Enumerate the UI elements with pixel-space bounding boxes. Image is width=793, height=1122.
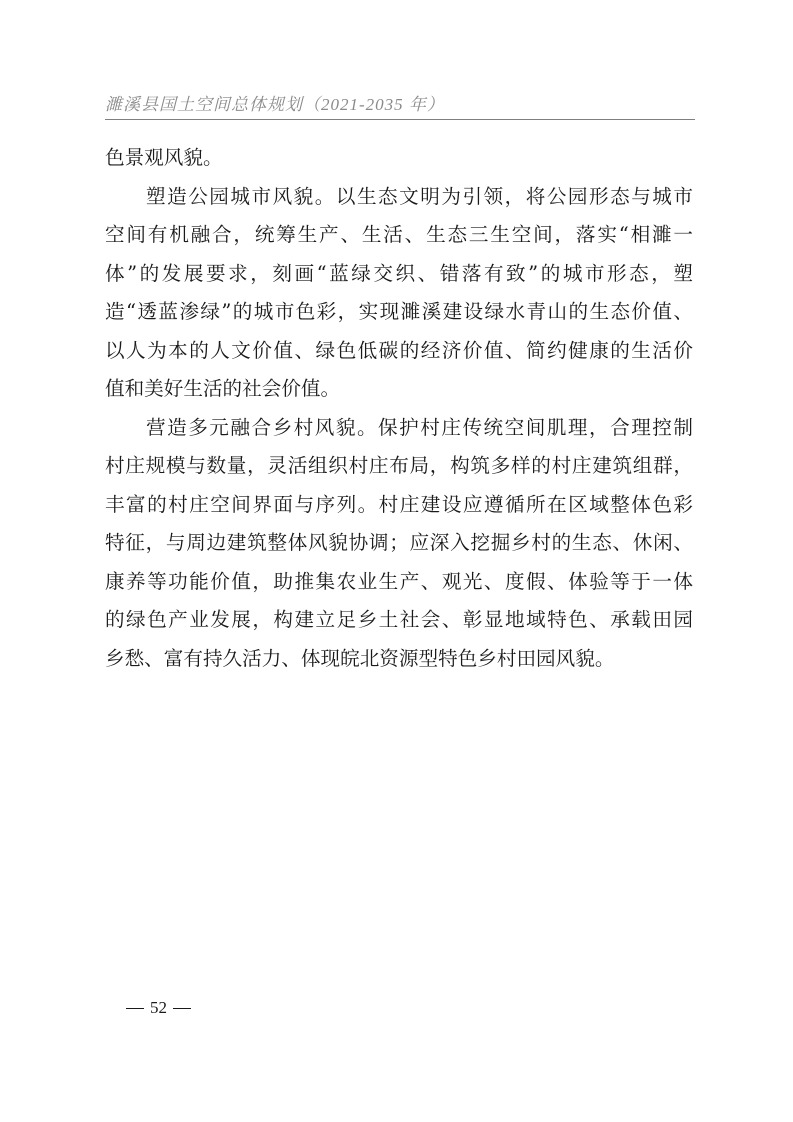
paragraph-line: 丰富的村庄空间界面与序列。村庄建设应遵循所在区域整体色彩: [105, 486, 693, 525]
paragraph-line: 康养等功能价值，助推集农业生产、观光、度假、体验等于一体: [105, 563, 693, 602]
page-header: 濉溪县国土空间总体规划（2021-2035 年）: [105, 94, 695, 120]
paragraph-line: 的绿色产业发展，构建立足乡土社会、彰显地域特色、承载田园: [105, 601, 693, 640]
paragraph-line: 营造多元融合乡村风貌。保护村庄传统空间肌理，合理控制: [105, 409, 693, 448]
paragraph-line: 空间有机融合，统筹生产、生活、生态三生空间，落实“相濉一: [105, 216, 693, 255]
page-footer: 52: [120, 994, 210, 1020]
paragraph-line: 乡愁、富有持久活力、体现皖北资源型特色乡村田园风貌。: [105, 640, 693, 679]
document-title: 濉溪县国土空间总体规划（2021-2035 年）: [105, 94, 695, 116]
body-text: 色景观风貌。 塑造公园城市风貌。以生态文明为引领，将公园形态与城市 空间有机融合…: [105, 139, 693, 678]
paragraph-line: 村庄规模与数量，灵活组织村庄布局，构筑多样的村庄建筑组群，: [105, 447, 693, 486]
paragraph-line: 塑造公园城市风貌。以生态文明为引领，将公园形态与城市: [105, 178, 693, 217]
footer-dash-left: [126, 1008, 144, 1009]
paragraph-line: 特征，与周边建筑整体风貌协调；应深入挖掘乡村的生态、休闲、: [105, 524, 693, 563]
paragraph-line: 以人为本的人文价值、绿色低碳的经济价值、简约健康的生活价: [105, 332, 693, 371]
page-number: 52: [150, 995, 167, 1021]
paragraph-line: 造“透蓝渗绿”的城市色彩，实现濉溪建设绿水青山的生态价值、: [105, 293, 693, 332]
paragraph-line: 体”的发展要求，刻画“蓝绿交织、错落有致”的城市形态，塑: [105, 255, 693, 294]
paragraph-line: 值和美好生活的社会价值。: [105, 370, 693, 409]
footer-dash-right: [173, 1008, 191, 1009]
paragraph-line: 色景观风貌。: [105, 139, 693, 178]
header-divider: [105, 119, 695, 120]
